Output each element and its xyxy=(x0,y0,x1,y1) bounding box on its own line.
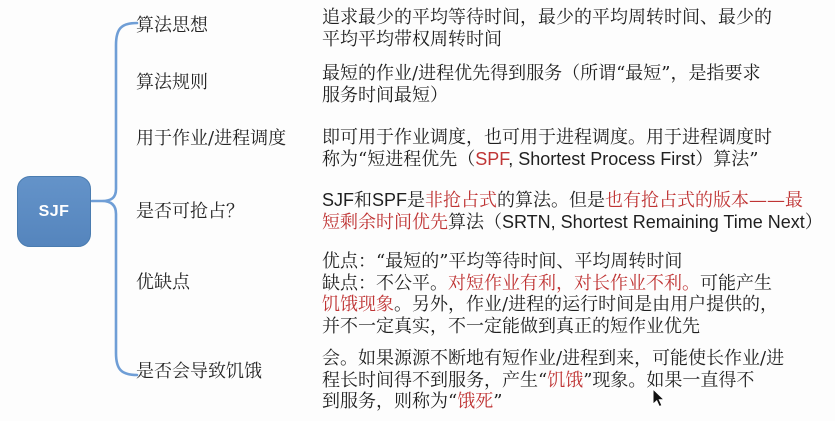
mindmap-canvas: SJF 算法思想 算法规则 用于作业/进程调度 是否可抢占？ 优缺点 是否会导致… xyxy=(0,0,835,421)
content-block-rules: 最短的作业/进程优先得到服务（所谓“最短”，是指要求服务时间最短） xyxy=(322,63,760,106)
sjf-root-node: SJF xyxy=(17,176,91,247)
branch-label-starvation: 是否会导致饥饿 xyxy=(136,361,262,383)
branch-label-pros-cons: 优缺点 xyxy=(136,272,190,294)
branch-label-idea: 算法思想 xyxy=(136,15,208,37)
branch-label-scheduling-level: 用于作业/进程调度 xyxy=(136,128,286,150)
content-block-pros-cons: 优点：“最短的”平均等待时间、平均周转时间缺点：不公平。对短作业有利，对长作业不… xyxy=(322,251,778,337)
branch-label-preemptive: 是否可抢占？ xyxy=(136,201,244,223)
sjf-root-label: SJF xyxy=(39,203,70,221)
content-block-preemptive: SJF和SPF是非抢占式的算法。但是也有抢占式的版本——最短剩余时间优先算法（S… xyxy=(322,190,823,233)
content-block-starvation: 会。如果源源不断地有短作业/进程到来，可能使长作业/进程长时间得不到服务，产生“… xyxy=(322,348,784,413)
branch-label-rules: 算法规则 xyxy=(136,72,208,94)
content-block-idea: 追求最少的平均等待时间，最少的平均周转时间、最少的平均平均带权周转时间 xyxy=(322,7,772,50)
content-block-scheduling-level: 即可用于作业调度，也可用于进程调度。用于进程调度时称为“短进程优先（SPF, S… xyxy=(322,127,772,170)
